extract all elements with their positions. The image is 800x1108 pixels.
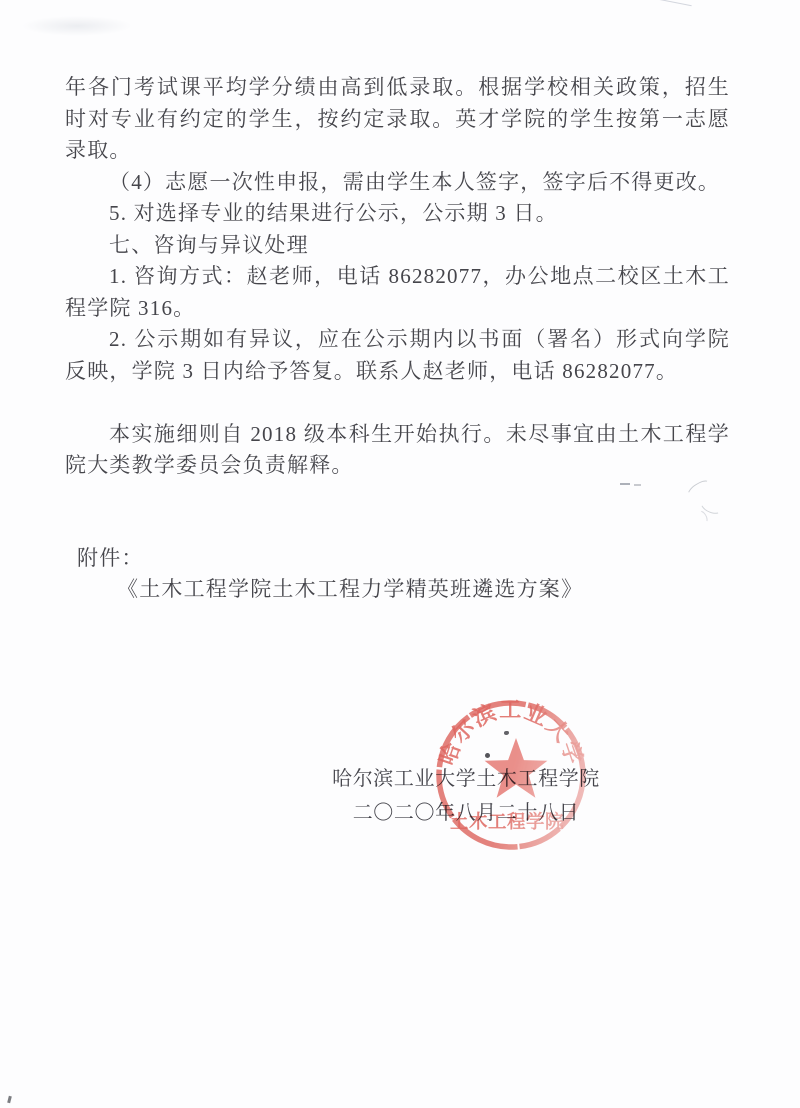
scanned-document-page: 年各门考试课平均学分绩由高到低录取。根据学校相关政策，招生时对专业有约定的学生，… — [0, 0, 800, 1108]
attachment-label: 附件： — [65, 543, 730, 575]
paragraph-admission-rule: 年各门考试课平均学分绩由高到低录取。根据学校相关政策，招生时对专业有约定的学生，… — [65, 72, 730, 167]
scan-artifact-speck — [7, 1096, 12, 1104]
paragraph-item-4: （4）志愿一次性申报，需由学生本人签字，签字后不得更改。 — [65, 167, 730, 199]
seal-center-text: 土木工程学院 — [450, 811, 564, 833]
section-heading-seven: 七、咨询与异议处理 — [65, 230, 730, 262]
attachment-section: 附件： 《土木工程学院土木工程力学精英班遴选方案》 — [65, 543, 730, 606]
official-seal: 哈尔滨工业大学 土木工程学院 — [433, 697, 589, 853]
paragraph-objection: 2. 公示期如有异议，应在公示期内以书面（署名）形式向学院反映，学院 3 日内给… — [65, 324, 730, 387]
paragraph-item-5: 5. 对选择专业的结果进行公示，公示期 3 日。 — [65, 198, 730, 230]
star-icon — [485, 738, 548, 798]
attachment-title: 《土木工程学院土木工程力学精英班遴选方案》 — [65, 574, 730, 606]
paragraph-effective-date: 本实施细则自 2018 级本科生开始执行。未尽事宜由土木工程学院大类教学委员会负… — [65, 419, 730, 482]
paragraph-consult-method: 1. 咨询方式：赵老师，电话 86282077，办公地点二校区土木工程学院 31… — [65, 261, 730, 324]
document-body: 年各门考试课平均学分绩由高到低录取。根据学校相关政策，招生时对专业有约定的学生，… — [0, 0, 800, 606]
